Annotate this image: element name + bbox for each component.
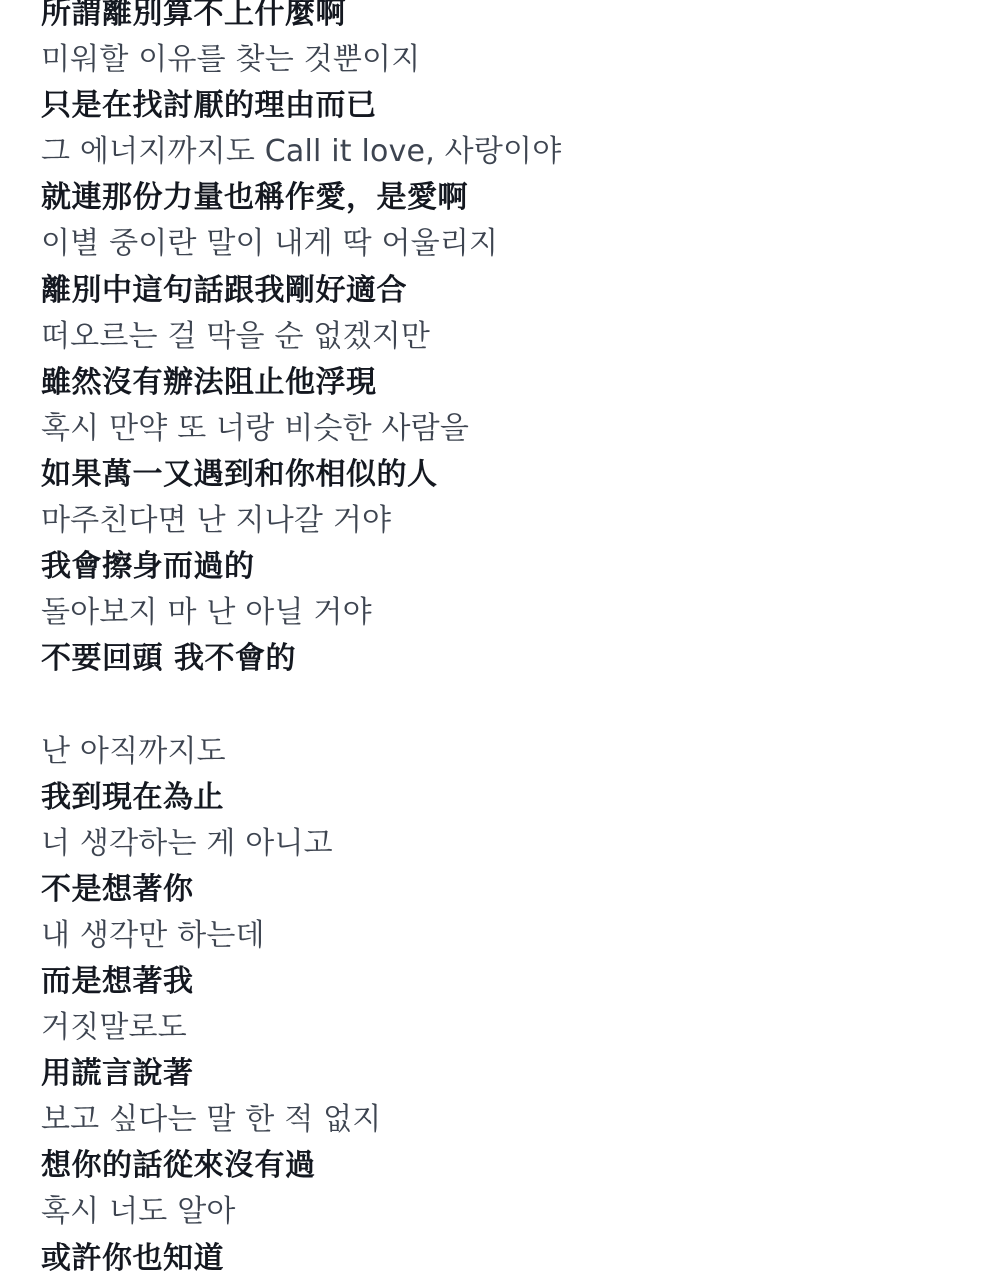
lyric-line-korean: 마주친다면 난 지나갈 거야 (41, 498, 561, 544)
lyric-line-chinese: 我到現在為止 (41, 775, 561, 821)
lyric-line-korean: 너 생각하는 게 아니고 (41, 821, 561, 867)
stanza-break (41, 682, 561, 728)
lyric-line-korean: 난 아직까지도 (41, 729, 561, 775)
lyric-line-chinese: 而是想著我 (41, 959, 561, 1005)
lyric-line-korean: 이별 중이란 말이 내게 딱 어울리지 (41, 221, 561, 267)
lyric-line-chinese: 只是在找討厭的理由而已 (41, 83, 561, 129)
lyric-line-korean: 그 에너지까지도 Call it love, 사랑이야 (41, 129, 561, 175)
lyric-line-korean: 내 생각만 하는데 (41, 913, 561, 959)
lyric-line-korean: 돌아보지 마 난 아닐 거야 (41, 590, 561, 636)
lyric-line-chinese: 想你的話從來沒有過 (41, 1143, 561, 1189)
lyric-line-chinese: 不要回頭 我不會的 (41, 636, 561, 682)
lyric-line-korean: 떠오르는 걸 막을 순 없겠지만 (41, 314, 561, 360)
lyric-line-korean: 미워할 이유를 찾는 것뿐이지 (41, 37, 561, 83)
lyric-line-chinese: 就連那份力量也稱作愛，是愛啊 (41, 175, 561, 221)
lyric-line-chinese: 如果萬一又遇到和你相似的人 (41, 452, 561, 498)
lyric-line-korean: 거짓말로도 (41, 1005, 561, 1051)
lyric-line-chinese: 我會擦身而過的 (41, 544, 561, 590)
lyric-line-chinese: 或許你也知道 (41, 1236, 561, 1280)
lyric-line-chinese: 用謊言說著 (41, 1051, 561, 1097)
lyric-line-chinese: 不是想著你 (41, 867, 561, 913)
lyric-line-korean: 보고 싶다는 말 한 적 없지 (41, 1097, 561, 1143)
lyric-line-chinese: 所謂離別算不上什麼啊 (41, 0, 561, 37)
lyric-line-korean: 혹시 너도 알아 (41, 1189, 561, 1235)
lyric-line-korean: 혹시 만약 또 너랑 비슷한 사람을 (41, 406, 561, 452)
lyric-line-chinese: 雖然沒有辦法阻止他浮現 (41, 360, 561, 406)
lyric-line-chinese: 離別中這句話跟我剛好適合 (41, 268, 561, 314)
lyrics-block: 所謂離別算不上什麼啊 미워할 이유를 찾는 것뿐이지 只是在找討厭的理由而已 그… (41, 0, 561, 1280)
